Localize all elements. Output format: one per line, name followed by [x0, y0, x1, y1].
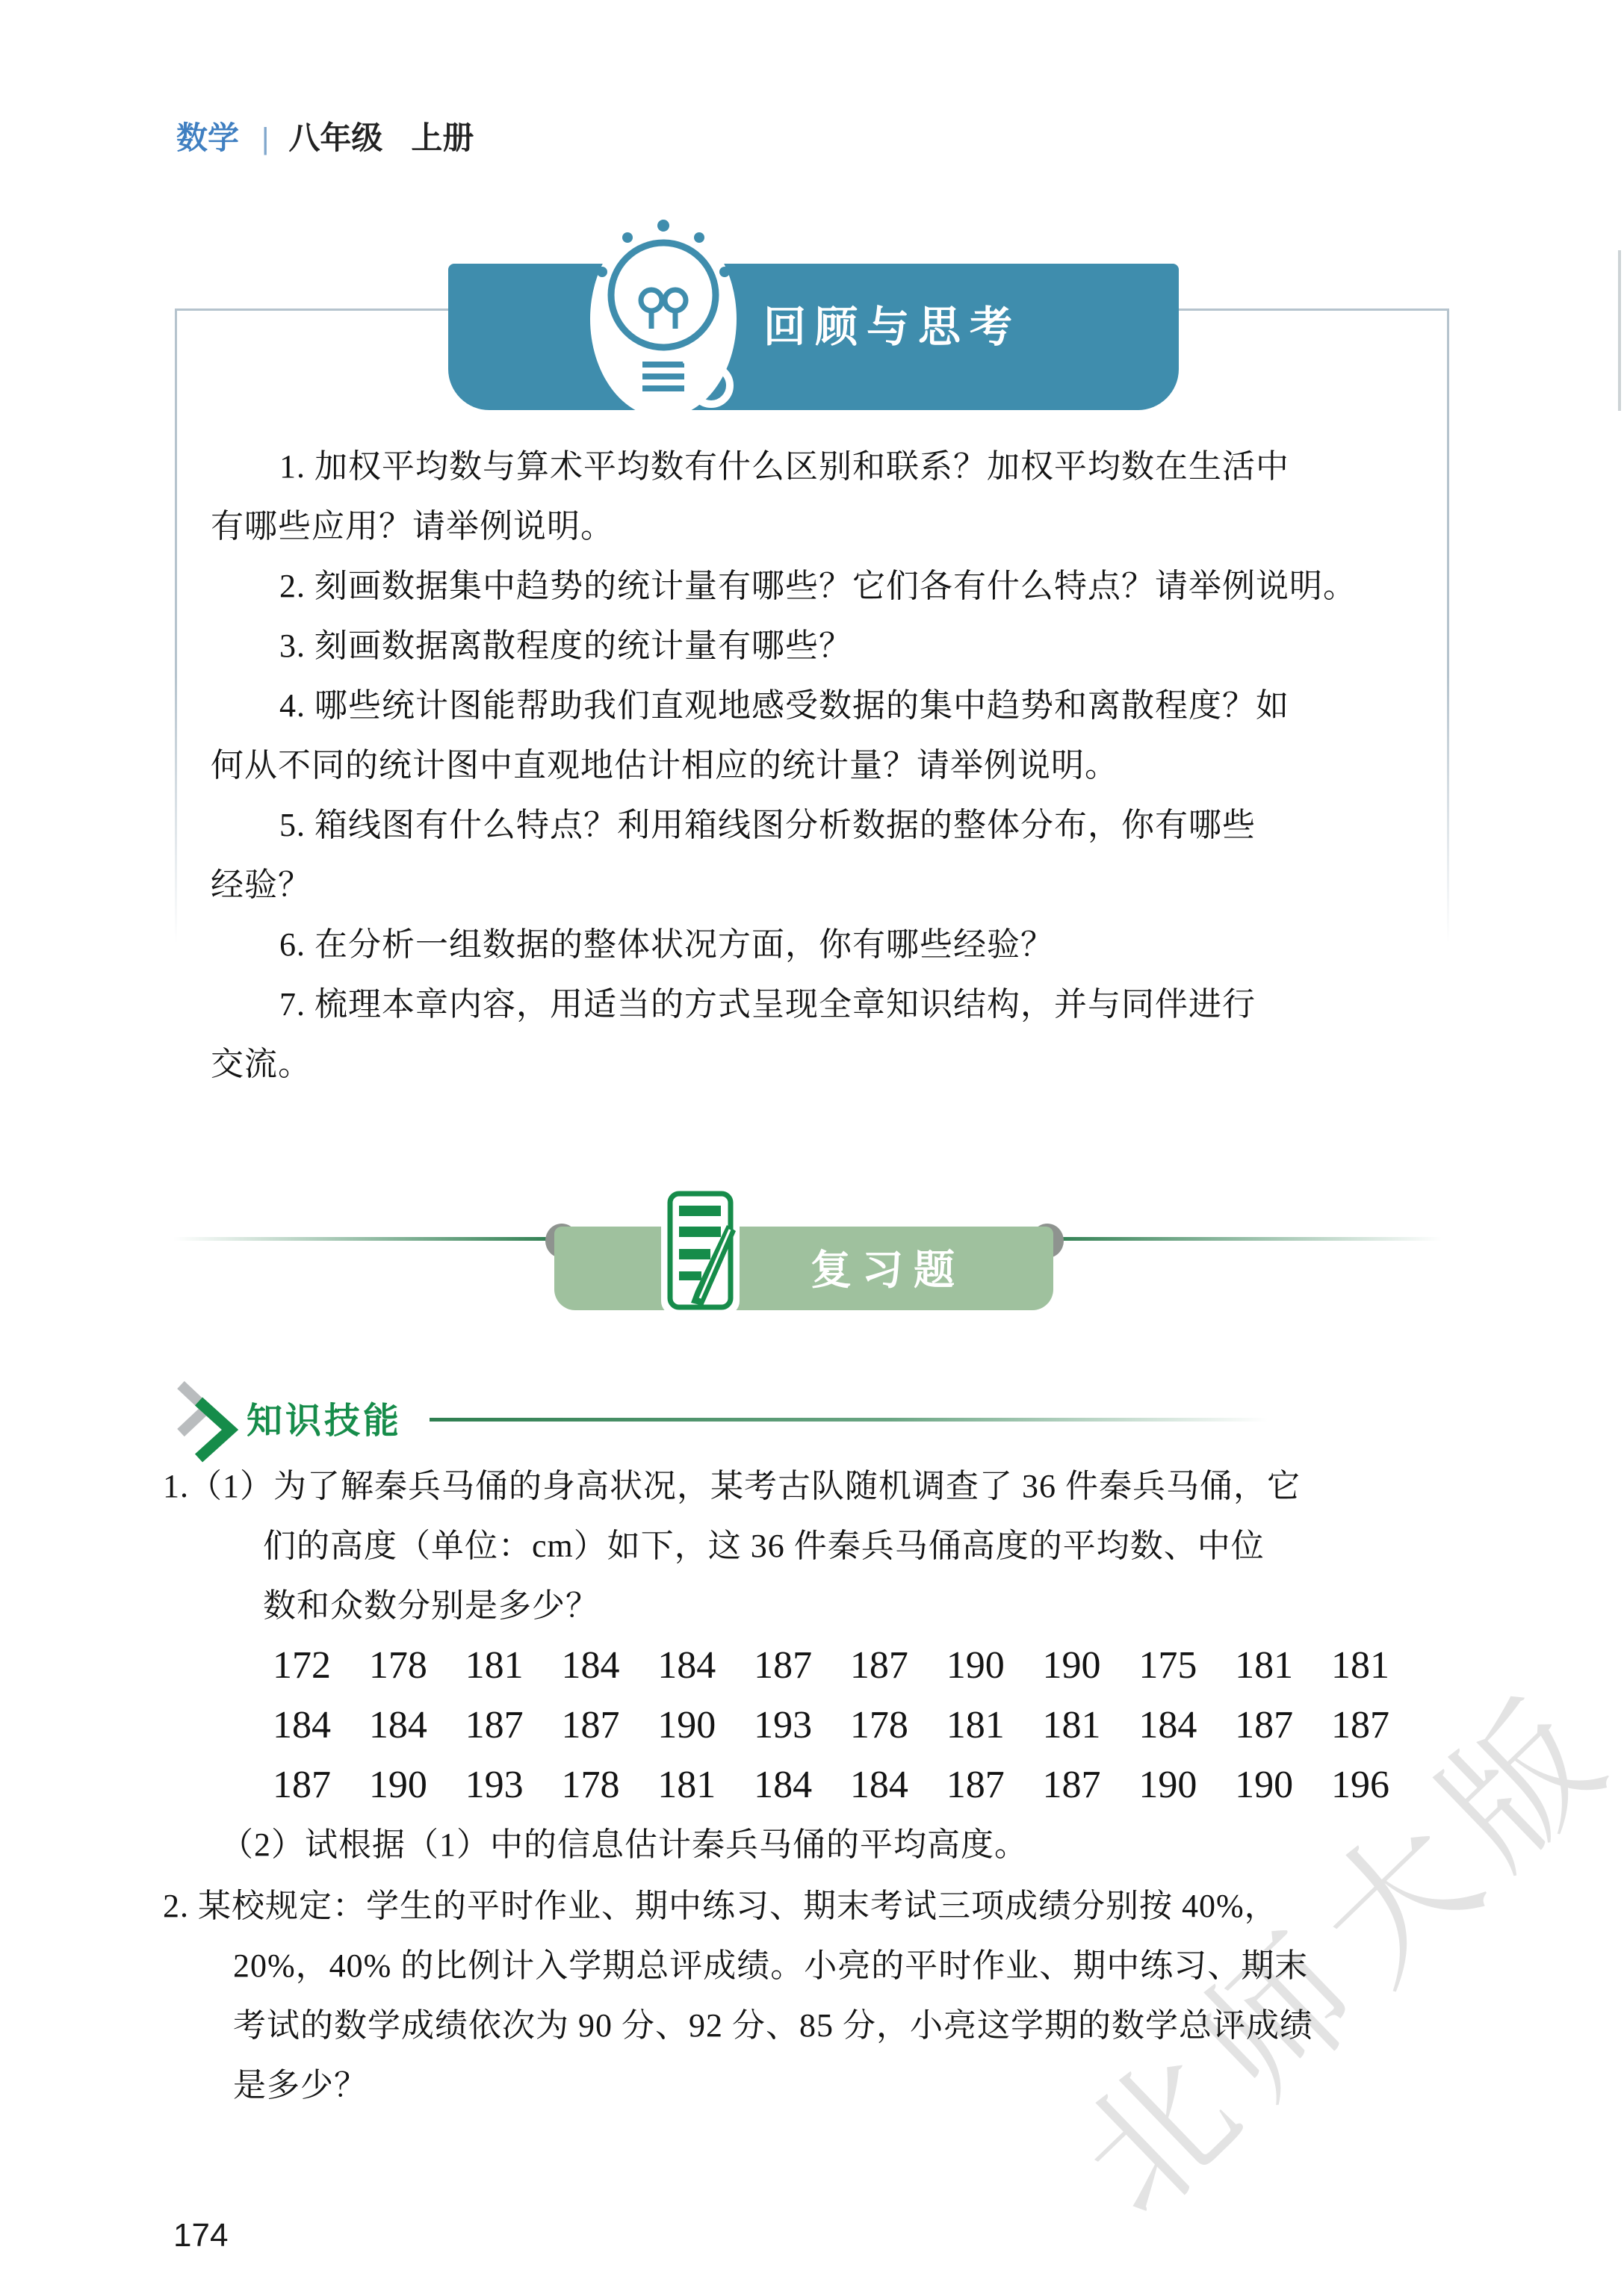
data-row: 172178181184184187187190190175181181 — [273, 1636, 1389, 1696]
data-value: 196 — [1331, 1755, 1389, 1815]
problem1-line: 数和众数分别是多少？ — [263, 1576, 599, 1636]
page-header: 数学 | 八年级 上册 — [176, 114, 474, 158]
data-value: 175 — [1138, 1636, 1197, 1696]
review-question-line: 何从不同的统计图中直观地估计相应的统计量？请举例说明。 — [211, 736, 1428, 796]
data-value: 187 — [754, 1636, 812, 1696]
header-separator: | — [261, 123, 269, 156]
textbook-page: 北师大版 数学 | 八年级 上册 回顾与思考 1. 加权平均数与算术平均数有什么… — [0, 0, 1624, 2294]
review-think-title: 回顾与思考 — [763, 297, 1021, 357]
data-value: 184 — [1138, 1696, 1197, 1755]
double-chevron-icon — [172, 1380, 247, 1463]
data-value: 172 — [273, 1636, 331, 1696]
data-value: 190 — [946, 1636, 1005, 1696]
data-value: 184 — [850, 1755, 908, 1815]
data-value: 181 — [1235, 1636, 1293, 1696]
data-value: 187 — [465, 1696, 524, 1755]
notebook-pen-icon — [661, 1186, 740, 1315]
problem2-line: 2. 某校规定：学生的平时作业、期中练习、期末考试三项成绩分别按 40%， — [163, 1876, 1278, 1936]
data-value: 187 — [1043, 1755, 1101, 1815]
data-value: 184 — [561, 1636, 619, 1696]
review-question-line: 有哪些应用？请举例说明。 — [211, 497, 1428, 557]
review-question-line: 1. 加权平均数与算术平均数有什么区别和联系？加权平均数在生活中 — [211, 437, 1428, 497]
review-question-line: 4. 哪些统计图能帮助我们直观地感受数据的集中趋势和离散程度？如 — [211, 676, 1428, 736]
data-value: 190 — [369, 1755, 427, 1815]
data-row: 187190193178181184184187187190190196 — [273, 1755, 1389, 1815]
data-value: 181 — [946, 1696, 1005, 1755]
problem2-line: 考试的数学成绩依次为 90 分、92 分、85 分，小亮这学期的数学总评成绩 — [233, 1996, 1313, 2056]
data-value: 178 — [850, 1696, 908, 1755]
data-row: 184184187187190193178181181184187187 — [273, 1696, 1389, 1755]
review-question-line: 经验？ — [211, 855, 1428, 915]
page-edge-shadow — [1618, 250, 1621, 411]
grade-label: 八年级 — [288, 114, 382, 158]
data-value: 187 — [850, 1636, 908, 1696]
review-question-line: 交流。 — [211, 1035, 1428, 1094]
subject-label: 数学 — [176, 114, 239, 158]
review-question-line: 6. 在分析一组数据的整体状况方面，你有哪些经验？ — [211, 915, 1428, 975]
lightbulb-magnifier-icon — [589, 218, 746, 427]
data-value: 181 — [657, 1755, 716, 1815]
data-value: 190 — [1043, 1636, 1101, 1696]
knowledge-skills-rule — [430, 1418, 1268, 1422]
data-value: 181 — [465, 1636, 524, 1696]
data-value: 193 — [754, 1696, 812, 1755]
problem1-line: 们的高度（单位：cm）如下，这 36 件秦兵马俑高度的平均数、中位 — [263, 1516, 1265, 1576]
problem1-part2-line: （2）试根据（1）中的信息估计秦兵马俑的平均高度。 — [220, 1815, 1028, 1875]
problem2-line: 是多少？ — [233, 2056, 368, 2115]
problem1-line: 1.（1）为了解秦兵马俑的身高状况，某考古队随机调查了 36 件秦兵马俑，它 — [163, 1457, 1301, 1516]
data-value: 184 — [273, 1696, 331, 1755]
volume-label: 上册 — [411, 114, 474, 158]
ribbon-line-left — [173, 1237, 557, 1241]
data-value: 187 — [561, 1696, 619, 1755]
review-question-line: 5. 箱线图有什么特点？利用箱线图分析数据的整体分布，你有哪些 — [211, 796, 1428, 855]
data-value: 193 — [465, 1755, 524, 1815]
review-question-line: 2. 刻画数据集中趋势的统计量有哪些？它们各有什么特点？请举例说明。 — [211, 557, 1428, 616]
data-value: 181 — [1043, 1696, 1101, 1755]
data-value: 187 — [1331, 1696, 1389, 1755]
data-value: 184 — [369, 1696, 427, 1755]
data-value: 190 — [657, 1696, 716, 1755]
data-value: 187 — [1235, 1696, 1293, 1755]
knowledge-skills-label: 知识技能 — [247, 1403, 402, 1440]
box-border-right — [1447, 309, 1449, 943]
data-value: 181 — [1331, 1636, 1389, 1696]
page-number: 174 — [173, 2217, 228, 2254]
data-value: 178 — [369, 1636, 427, 1696]
data-value: 178 — [561, 1755, 619, 1815]
problem2-line: 20%，40% 的比例计入学期总评成绩。小亮的平时作业、期中练习、期末 — [233, 1936, 1308, 1996]
data-value: 190 — [1138, 1755, 1197, 1815]
review-exercises-title: 复习题 — [811, 1241, 965, 1298]
data-value: 184 — [657, 1636, 716, 1696]
review-question-line: 7. 梳理本章内容，用适当的方式呈现全章知识结构，并与同伴进行 — [211, 975, 1428, 1035]
box-border-left — [175, 309, 177, 943]
ribbon-line-right — [1047, 1237, 1442, 1241]
data-value: 184 — [754, 1755, 812, 1815]
review-question-line: 3. 刻画数据离散程度的统计量有哪些？ — [211, 616, 1428, 676]
data-value: 187 — [273, 1755, 331, 1815]
data-value: 190 — [1235, 1755, 1293, 1815]
data-value: 187 — [946, 1755, 1005, 1815]
review-exercises-ribbon — [554, 1227, 1053, 1310]
